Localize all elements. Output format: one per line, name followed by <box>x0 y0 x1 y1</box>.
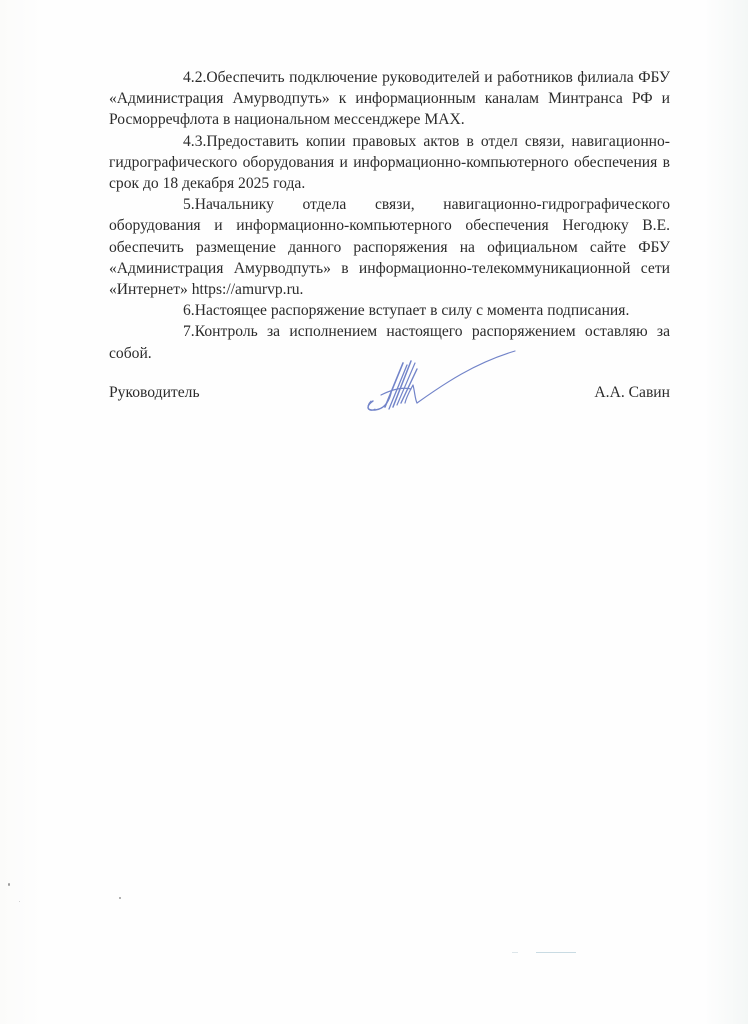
scan-speck <box>19 901 20 902</box>
paragraph-6: 6.Настоящее распоряжение вступает в силу… <box>109 300 670 321</box>
document-body: 4.2.Обеспечить подключение руководителей… <box>109 67 670 364</box>
paragraph-5: 5.Начальнику отдела связи, навигационно-… <box>109 194 670 300</box>
scan-speck <box>119 897 121 899</box>
handwritten-signature-icon <box>345 343 525 423</box>
scanned-page: 4.2.Обеспечить подключение руководителей… <box>0 0 748 1024</box>
paragraph-4-2: 4.2.Обеспечить подключение руководителей… <box>109 67 670 131</box>
scan-artifact-line <box>536 952 576 953</box>
scan-speck <box>8 883 10 886</box>
paragraph-number: 5. <box>146 194 195 215</box>
paragraph-number: 7. <box>146 321 195 342</box>
paragraph-text: Настоящее распоряжение вступает в силу с… <box>195 302 630 319</box>
paragraph-number: 6. <box>146 300 195 321</box>
signatory-name: А.А. Савин <box>594 384 670 402</box>
paragraph-4-3: 4.3.Предоставить копии правовых актов в … <box>109 131 670 195</box>
paragraph-number: 4.3. <box>146 131 206 152</box>
scan-artifact-line <box>512 952 518 953</box>
signatory-title: Руководитель <box>109 384 200 402</box>
paragraph-number: 4.2. <box>146 67 206 88</box>
